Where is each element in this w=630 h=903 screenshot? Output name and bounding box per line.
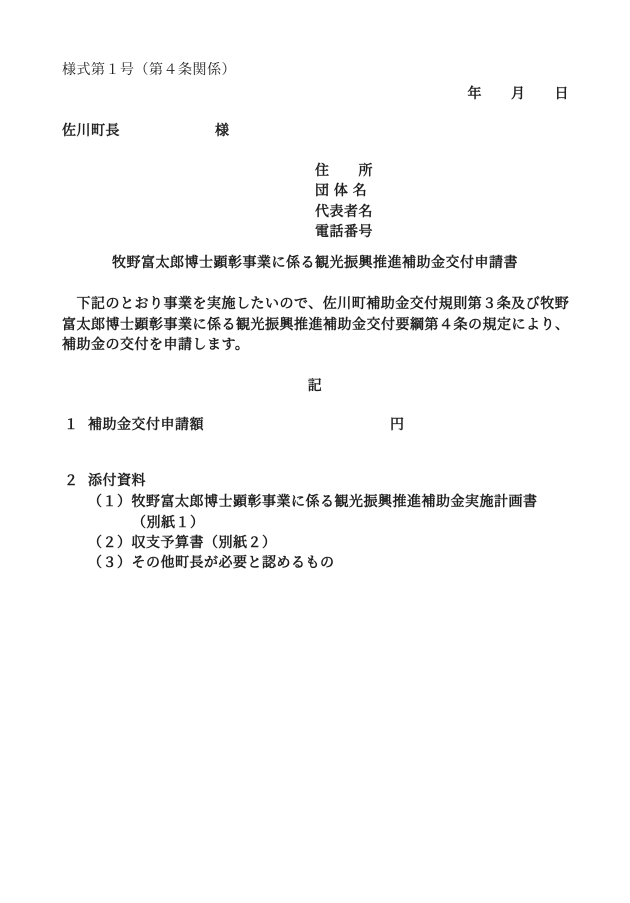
- body-paragraph: 下記のとおり事業を実施したいので、佐川町補助金交付規則第３条及び牧野 富太郎博士…: [62, 293, 568, 355]
- item-2-label: 添付資料: [88, 470, 146, 490]
- attachment-3-marker: （３）: [88, 554, 132, 570]
- attachment-1-text: 牧野富太郎博士顕彰事業に係る観光振興推進補助金実施計画書: [132, 493, 538, 509]
- item-2-number: ２: [64, 470, 79, 490]
- date-line: 年 月 日: [468, 83, 570, 103]
- addressee-line: 佐川町長 様: [62, 120, 568, 140]
- attachment-1-marker: （１）: [88, 493, 132, 509]
- body-line-1: 下記のとおり事業を実施したいので、佐川町補助金交付規則第３条及び牧野: [62, 293, 568, 314]
- application-form-page: 様式第１号（第４条関係） 年 月 日 佐川町長 様 住 所 団 体 名 代表者名…: [0, 0, 630, 903]
- attachment-1-row: （１）牧野富太郎博士顕彰事業に係る観光振興推進補助金実施計画書: [88, 491, 538, 511]
- attachment-3-row: （３）その他町長が必要と認めるもの: [88, 552, 335, 572]
- form-number: 様式第１号（第４条関係）: [62, 61, 236, 81]
- attachment-2-marker: （２）: [88, 534, 132, 550]
- body-line-3: 補助金の交付を申請します。: [62, 334, 568, 355]
- applicant-phone-label: 電話番号: [315, 221, 373, 241]
- attachment-3-text: その他町長が必要と認めるもの: [132, 554, 335, 570]
- attachment-2-row: （２）収支予算書（別紙２）: [88, 532, 277, 552]
- body-line-2: 富太郎博士顕彰事業に係る観光振興推進補助金交付要綱第４条の規定により、: [62, 314, 568, 335]
- applicant-fields-block: 住 所 団 体 名 代表者名 電話番号: [315, 160, 373, 241]
- document-title: 牧野富太郎博士顕彰事業に係る観光振興推進補助金交付申請書: [62, 252, 568, 272]
- applicant-address-label: 住 所: [315, 160, 373, 180]
- item-1-number: １: [64, 414, 79, 434]
- addressee-honorific: 様: [215, 120, 230, 140]
- attachment-2-text: 収支予算書（別紙２）: [132, 534, 277, 550]
- attachment-1-note: （別紙１）: [132, 512, 205, 532]
- addressee-name: 佐川町長: [62, 122, 120, 138]
- item-1-amount-unit: 円: [390, 414, 405, 434]
- applicant-organization-label: 団 体 名: [315, 180, 373, 200]
- applicant-representative-label: 代表者名: [315, 201, 373, 221]
- item-1-label: 補助金交付申請額: [88, 414, 204, 434]
- record-marker: 記: [62, 375, 568, 395]
